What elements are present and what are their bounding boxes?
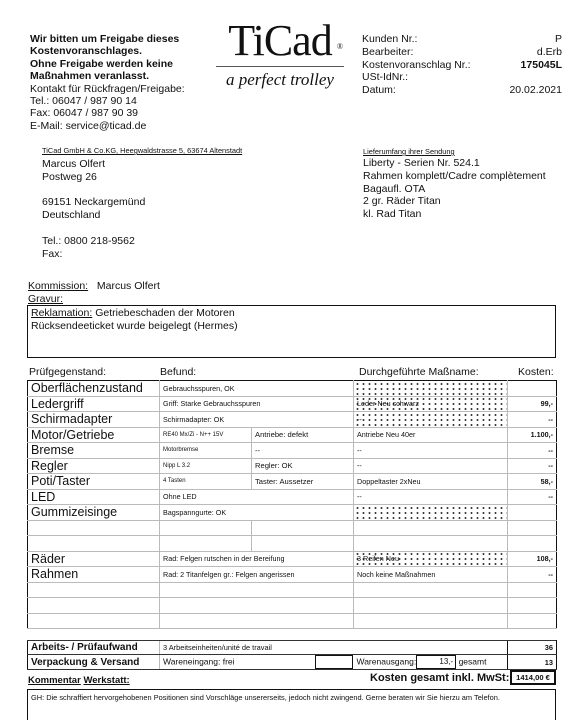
comment-label: Kommentar Werkstatt: (28, 675, 130, 686)
notice-line: Kostenvoranschlages. (30, 45, 230, 57)
table-row: LedergriffGriff: Starke GebrauchsspurenL… (28, 396, 557, 412)
row-cost: 99,- (508, 396, 557, 412)
address-line (42, 222, 145, 235)
meta-label: Kunden Nr.: (362, 33, 417, 46)
row-finding-detail (252, 520, 354, 536)
meta-label: Bearbeiter: (362, 46, 413, 59)
header-finding: Befund: (160, 366, 196, 378)
complaint-label: Reklamation: (31, 307, 92, 319)
table-row: OberflächenzustandGebrauchsspuren, OK (28, 381, 557, 397)
row-finding (160, 582, 354, 598)
labor-row: Arbeits- / Prüfaufwand 3 Arbeitseinheite… (28, 641, 557, 655)
logo-tagline: a perfect trolley (216, 70, 344, 90)
contact-email: E-Mail: service@ticad.de (30, 120, 230, 132)
row-action: Leder Neu schwarz (354, 396, 508, 412)
meta-label: USt-IdNr.: (362, 71, 408, 84)
delivery-line: Rahmen komplett/Cadre complètement (363, 170, 546, 183)
row-finding: Rad: Felgen rutschen in der Bereifung (160, 551, 354, 567)
row-cost (508, 598, 557, 614)
table-row (28, 582, 557, 598)
table-row: BremseMotorbremse------ (28, 443, 557, 459)
address-line: 69151 Neckargemünd (42, 196, 145, 209)
row-item: LED (28, 489, 160, 505)
delivery-title: Lieferumfang ihrer Sendung (363, 146, 546, 157)
row-cost: -- (508, 567, 557, 583)
row-finding (160, 613, 354, 629)
table-row: RahmenRad: 2 Titanfelgen gr.: Felgen ang… (28, 567, 557, 583)
row-cost (508, 613, 557, 629)
notice-line: Ohne Freigabe werden keine (30, 58, 230, 70)
row-finding: Rad: 2 Titanfelgen gr.: Felgen angerisse… (160, 567, 354, 583)
table-row (28, 536, 557, 552)
sender-line: TiCad GmbH & Co.KG, Heegwaldstrasse 5, 6… (42, 146, 242, 155)
row-item (28, 582, 160, 598)
address-line: Postweg 26 (42, 171, 145, 184)
total-value: 1414,00 € (510, 670, 556, 685)
commission-label: Kommission: (28, 280, 88, 292)
complaint-value: Getriebeschaden der Motoren (95, 307, 235, 319)
meta-value: P (555, 33, 562, 46)
row-item: Regler (28, 458, 160, 474)
row-cost (508, 582, 557, 598)
row-item: Ledergriff (28, 396, 160, 412)
row-finding: Griff: Starke Gebrauchsspuren (160, 396, 354, 412)
notice-line: Maßnahmen veranlasst. (30, 70, 230, 82)
meta-value: 175045L (521, 59, 562, 72)
row-cost: -- (508, 443, 557, 459)
address-line: Fax: (42, 248, 145, 261)
row-action: Noch keine Maßnahmen (354, 567, 508, 583)
notice-line: Wir bitten um Freigabe dieses (30, 33, 230, 45)
header-action: Durchgeführte Maßname: (359, 366, 479, 378)
row-item (28, 536, 160, 552)
total-shipping-label: gesamt (459, 656, 487, 666)
labor-empty (354, 641, 508, 655)
row-item: Räder (28, 551, 160, 567)
row-cost: -- (508, 412, 557, 428)
row-item: Schirmadapter (28, 412, 160, 428)
outgoing-label: Warenausgang: (357, 656, 417, 666)
meta-value: 20.02.2021 (509, 84, 562, 97)
logo-divider (216, 66, 344, 67)
workshop-comment: GH: Die schraffiert hervorgehobenen Posi… (27, 689, 556, 720)
row-action: -- (354, 412, 508, 428)
row-cost: -- (508, 489, 557, 505)
meta-editor: Bearbeiter:d.Erb (362, 46, 562, 59)
labor-label: Arbeits- / Prüfaufwand (28, 641, 160, 655)
row-item (28, 598, 160, 614)
complaint-note: Rücksendeeticket wurde beigelegt (Hermes… (31, 320, 552, 333)
table-row: Motor/GetriebeRE40 Mx/Zi - N++ 15VAntrie… (28, 427, 557, 443)
meta-value: d.Erb (537, 46, 562, 59)
row-finding-detail: -- (252, 443, 354, 459)
row-cost (508, 381, 557, 397)
row-finding: Schirmadapter: OK (160, 412, 354, 428)
commission-value: Marcus Olfert (97, 280, 160, 292)
incoming-value: frei (223, 656, 235, 666)
address-line: Marcus Olfert (42, 158, 145, 171)
row-action: -- (354, 458, 508, 474)
row-finding: RE40 Mx/Zi - N++ 15V (160, 427, 252, 443)
meta-label: Datum: (362, 84, 396, 97)
row-action (354, 381, 508, 397)
table-row: Poti/Taster4 TastenTaster: AussetzerDopp… (28, 474, 557, 490)
row-finding: Nipp L 3.2 (160, 458, 252, 474)
row-item (28, 520, 160, 536)
address-line (42, 184, 145, 197)
delivery-line: Liberty - Serien Nr. 524.1 (363, 157, 546, 170)
incoming-box (315, 655, 353, 669)
row-cost (508, 536, 557, 552)
table-row (28, 613, 557, 629)
meta-quote-no: Kostenvoranschlag Nr.:175045L (362, 59, 562, 72)
row-finding: Gebrauchsspuren, OK (160, 381, 354, 397)
row-item: Gummizeisinge (28, 505, 160, 521)
row-action (354, 582, 508, 598)
row-finding: Bagspanngurte: OK (160, 505, 354, 521)
registered-icon: ® (337, 24, 342, 70)
row-finding-detail: Regler: OK (252, 458, 354, 474)
delivery-scope: Lieferumfang ihrer Sendung Liberty - Ser… (363, 146, 546, 221)
ticad-logo: TiCad® a perfect trolley (216, 18, 344, 90)
table-row: ReglerNipp L 3.2Regler: OK---- (28, 458, 557, 474)
contact-fax: Fax: 06047 / 987 90 39 (30, 107, 230, 119)
contact-label: Kontakt für Rückfragen/Freigabe: (30, 83, 230, 95)
row-action (354, 613, 508, 629)
contact-phone: Tel.: 06047 / 987 90 14 (30, 95, 230, 107)
row-action (354, 520, 508, 536)
row-action: -- (354, 489, 508, 505)
delivery-line: Bagaufl. OTA (363, 183, 546, 196)
commission-block: Kommission: Marcus Olfert Gravur: (28, 280, 160, 305)
row-item: Bremse (28, 443, 160, 459)
row-item: Oberflächenzustand (28, 381, 160, 397)
row-cost: 58,- (508, 474, 557, 490)
address-line: Tel.: 0800 218-9562 (42, 235, 145, 248)
complaint-box: Reklamation: Getriebeschaden der Motoren… (27, 305, 556, 358)
outgoing-value: 13,- (416, 655, 456, 669)
meta-date: Datum:20.02.2021 (362, 84, 562, 97)
header-cost: Kosten: (518, 366, 554, 378)
table-row: SchirmadapterSchirmadapter: OK---- (28, 412, 557, 428)
row-finding (160, 520, 252, 536)
row-action: Doppeltaster 2xNeu (354, 474, 508, 490)
comment-label-2: Werkstatt: (83, 675, 129, 686)
row-item (28, 613, 160, 629)
meta-label: Kostenvoranschlag Nr.: (362, 59, 471, 72)
logo-name: TiCad (228, 16, 331, 65)
delivery-line: 2 gr. Räder Titan (363, 195, 546, 208)
row-finding: Motorbremse (160, 443, 252, 459)
table-row: GummizeisingeBagspanngurte: OK (28, 505, 557, 521)
incoming-label: Wareneingang: (163, 656, 220, 666)
row-finding (160, 598, 354, 614)
table-row: LEDOhne LED---- (28, 489, 557, 505)
shipping-row: Verpackung & Versand Wareneingang: frei … (28, 655, 557, 670)
row-finding-detail: Taster: Aussetzer (252, 474, 354, 490)
approval-notice: Wir bitten um Freigabe dieses Kostenvora… (30, 33, 230, 132)
header-item: Prüfgegenstand: (29, 366, 106, 378)
meta-vat-id: USt-IdNr.: (362, 71, 562, 84)
summary-table: Arbeits- / Prüfaufwand 3 Arbeitseinheite… (27, 640, 557, 670)
row-item: Motor/Getriebe (28, 427, 160, 443)
meta-customer-no: Kunden Nr.:P (362, 33, 562, 46)
comment-label-1: Kommentar (28, 675, 81, 686)
row-action: Antriebe Neu 40er (354, 427, 508, 443)
row-item: Poti/Taster (28, 474, 160, 490)
total-label: Kosten gesamt inkl. MwSt: (370, 672, 509, 684)
table-row (28, 520, 557, 536)
row-action: -- (354, 443, 508, 459)
row-item: Rahmen (28, 567, 160, 583)
shipping-label: Verpackung & Versand (28, 655, 160, 670)
row-finding: Ohne LED (160, 489, 354, 505)
row-action (354, 505, 508, 521)
address-line: Deutschland (42, 209, 145, 222)
row-finding: 4 Tasten (160, 474, 252, 490)
labor-value: 3 Arbeitseinheiten/unité de travail (160, 641, 354, 655)
row-action: 3 Reifen Neu (354, 551, 508, 567)
table-row (28, 598, 557, 614)
row-finding (160, 536, 252, 552)
row-cost (508, 520, 557, 536)
row-action (354, 536, 508, 552)
quote-meta: Kunden Nr.:P Bearbeiter:d.Erb Kostenvora… (362, 33, 562, 97)
table-row: RäderRad: Felgen rutschen in der Bereifu… (28, 551, 557, 567)
recipient-address: Marcus Olfert Postweg 26 69151 Neckargem… (42, 158, 145, 260)
engraving-label: Gravur: (28, 293, 63, 305)
incoming-cell: Wareneingang: frei (160, 655, 354, 670)
outgoing-cell: Warenausgang:13,- gesamt (354, 655, 508, 670)
shipping-cost: 13 (508, 655, 557, 670)
inspection-table: OberflächenzustandGebrauchsspuren, OKLed… (27, 380, 557, 629)
row-finding-detail: Antriebe: defekt (252, 427, 354, 443)
row-cost: 108,- (508, 551, 557, 567)
row-finding-detail (252, 536, 354, 552)
delivery-line: kl. Rad Titan (363, 208, 546, 221)
row-cost (508, 505, 557, 521)
row-cost: -- (508, 458, 557, 474)
labor-cost: 36 (508, 641, 557, 655)
row-cost: 1.100,- (508, 427, 557, 443)
row-action (354, 598, 508, 614)
